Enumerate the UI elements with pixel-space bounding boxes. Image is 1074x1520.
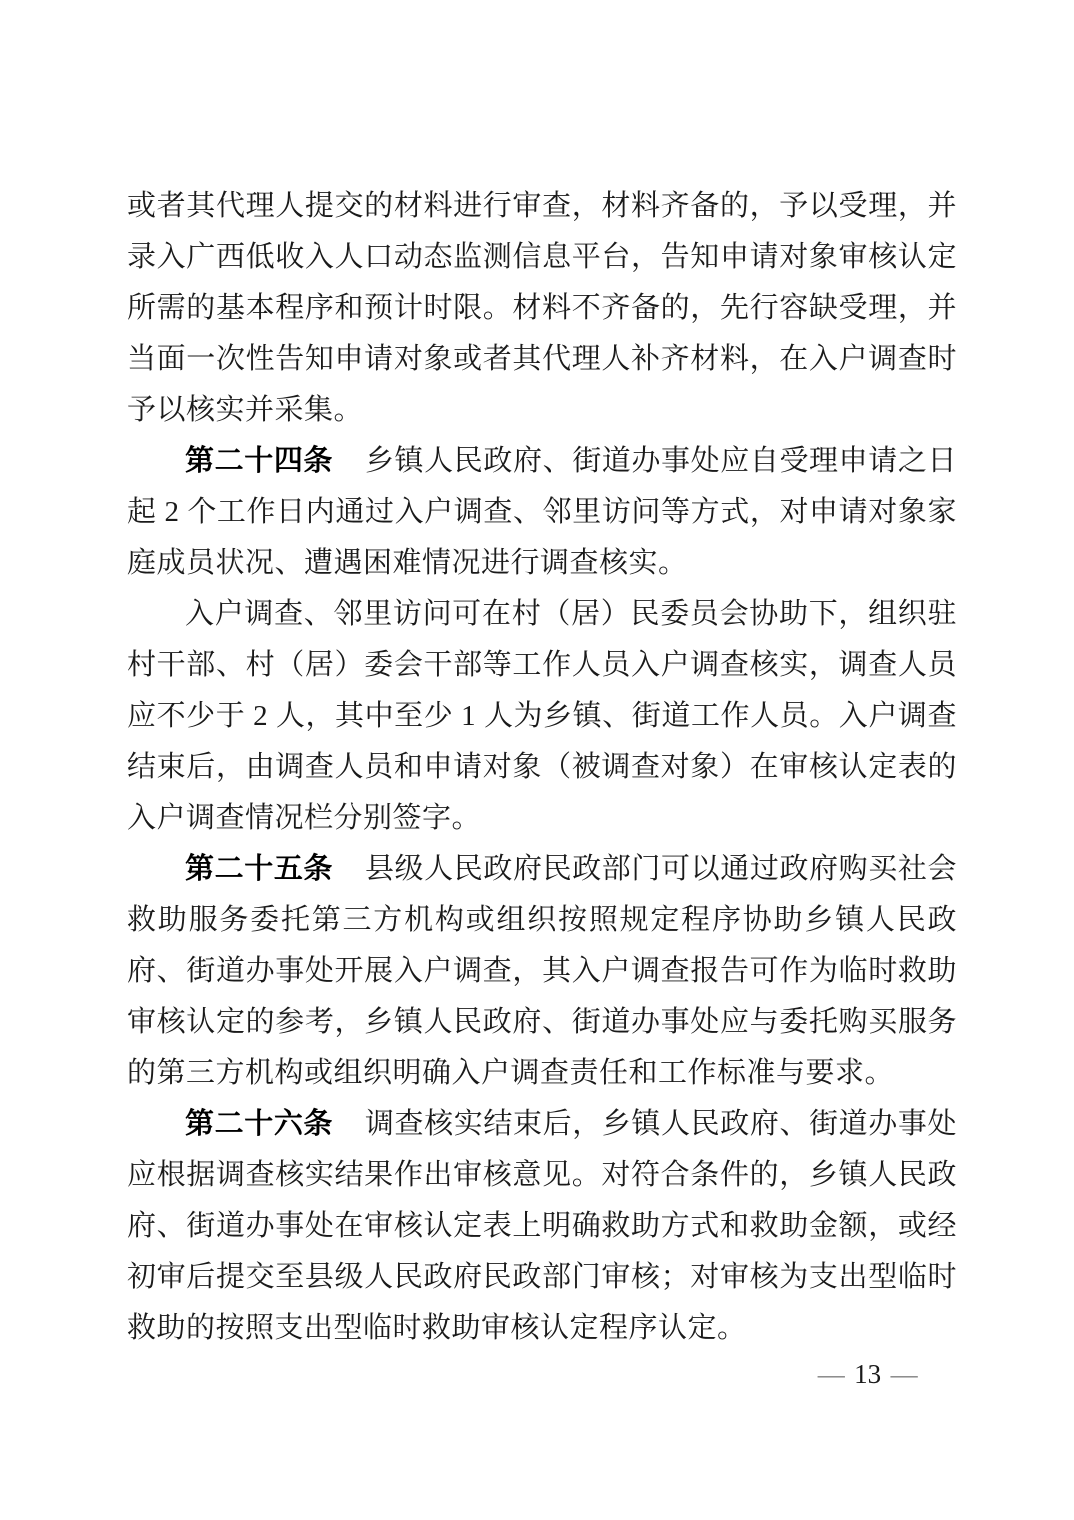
footer-dash-right: — <box>891 1359 918 1389</box>
paragraph-5: 第二十六条调查核实结束后，乡镇人民政府、街道办事处应根据调查核实结果作出审核意见… <box>127 1099 957 1354</box>
paragraph-1: 或者其代理人提交的材料进行审查，材料齐备的，予以受理，并录入广西低收入人口动态监… <box>127 181 957 436</box>
paragraph-text: 调查核实结束后，乡镇人民政府、街道办事处应根据调查核实结果作出审核意见。对符合条… <box>127 1108 957 1344</box>
document-page: 或者其代理人提交的材料进行审查，材料齐备的，予以受理，并录入广西低收入人口动态监… <box>0 0 1074 1520</box>
page-footer: —13— <box>808 1357 927 1391</box>
paragraph-text: 入户调查、邻里访问可在村（居）民委员会协助下，组织驻村干部、村（居）委会干部等工… <box>127 598 957 834</box>
paragraph-list: 或者其代理人提交的材料进行审查，材料齐备的，予以受理，并录入广西低收入人口动态监… <box>127 181 957 1354</box>
article-number: 第二十五条 <box>185 853 333 885</box>
paragraph-text: 县级人民政府民政部门可以通过政府购买社会救助服务委托第三方机构或组织按照规定程序… <box>127 853 957 1089</box>
paragraph-4: 第二十五条县级人民政府民政部门可以通过政府购买社会救助服务委托第三方机构或组织按… <box>127 844 957 1099</box>
footer-dash-left: — <box>818 1359 845 1389</box>
paragraph-2: 第二十四条乡镇人民政府、街道办事处应自受理申请之日起 2 个工作日内通过入户调查… <box>127 436 957 589</box>
page-number: 13 <box>854 1359 881 1389</box>
article-number: 第二十六条 <box>185 1108 333 1140</box>
paragraph-3: 入户调查、邻里访问可在村（居）民委员会协助下，组织驻村干部、村（居）委会干部等工… <box>127 589 957 844</box>
document-body: 或者其代理人提交的材料进行审查，材料齐备的，予以受理，并录入广西低收入人口动态监… <box>127 181 957 1354</box>
paragraph-text: 或者其代理人提交的材料进行审查，材料齐备的，予以受理，并录入广西低收入人口动态监… <box>127 190 957 426</box>
article-number: 第二十四条 <box>185 445 333 477</box>
